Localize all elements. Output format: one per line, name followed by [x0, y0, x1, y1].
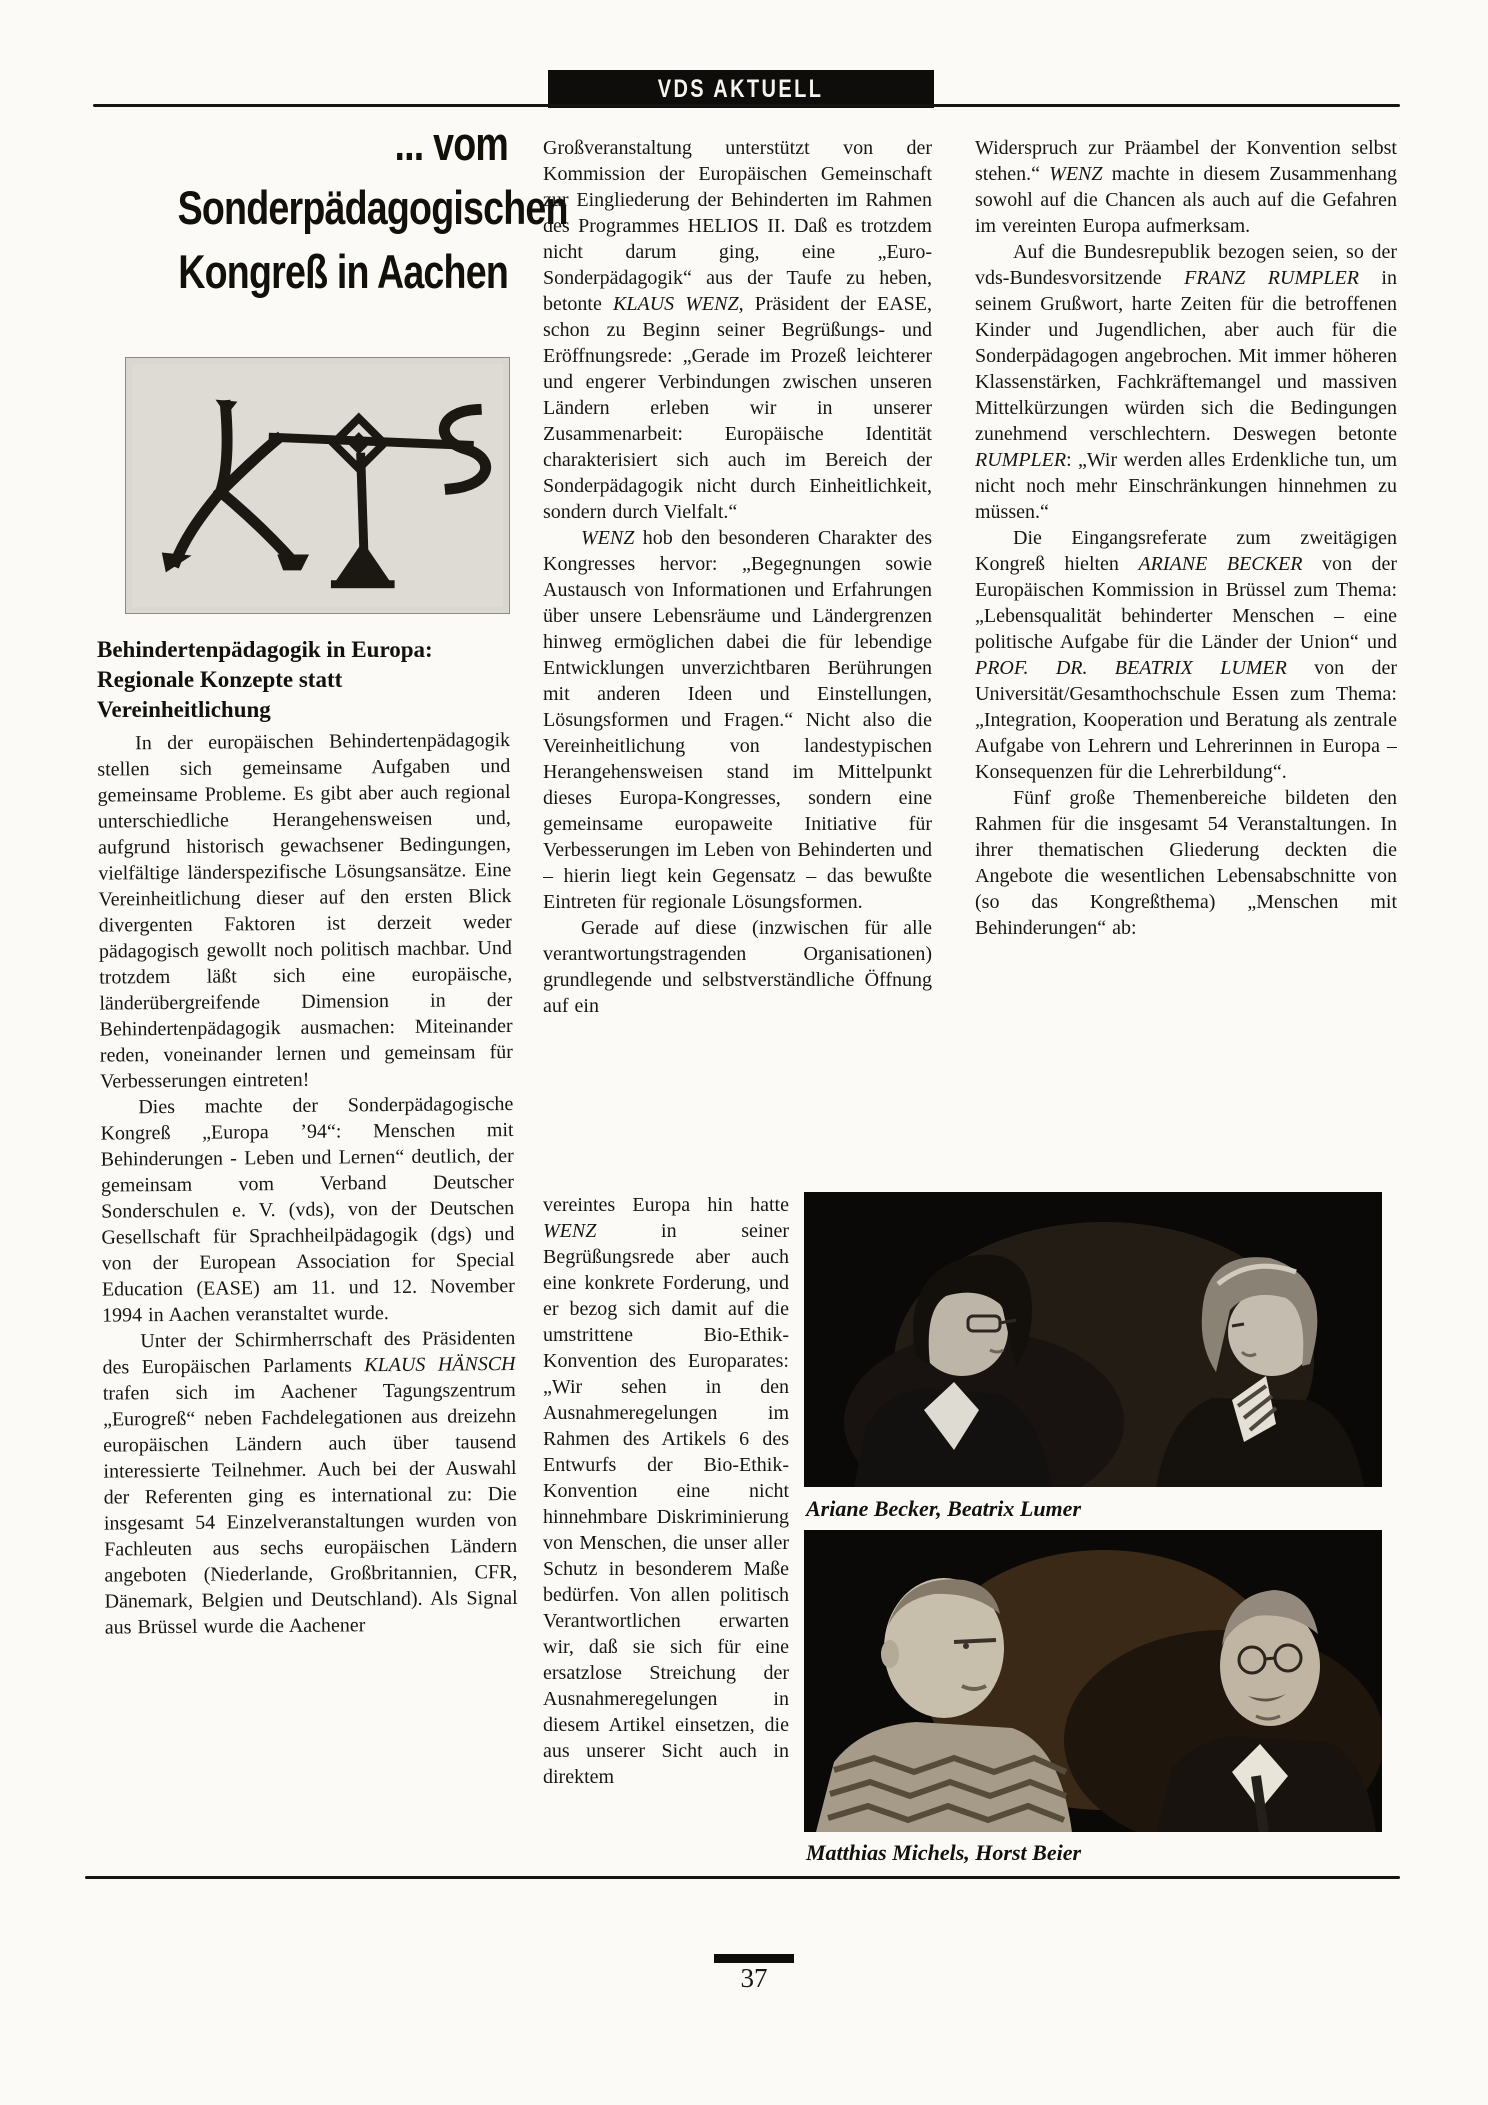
photo-1-illustration — [804, 1192, 1382, 1487]
headline-line: ... vom — [178, 112, 508, 176]
folio-bar — [714, 1954, 794, 1963]
photo-matthias-michels-horst-beier — [804, 1530, 1382, 1832]
paragraph: Die Eingangsreferate zum zweitägigen Kon… — [975, 525, 1397, 785]
paragraph: vereintes Europa hin hatte WENZ in seine… — [543, 1192, 789, 1790]
paragraph: Unter der Schirmherrschaft des Präsident… — [102, 1325, 518, 1641]
paragraph: Auf die Bundesrepublik bezogen seien, so… — [975, 239, 1397, 525]
paragraph: Gerade auf diese (inzwischen für alle ve… — [543, 915, 932, 1019]
article-headline: ... vomSonderpädagogischenKongreß in Aac… — [95, 112, 508, 304]
paragraph: In der europäischen Behindertenpädagogik… — [97, 727, 513, 1095]
paragraph: WENZ hob den besonderen Charakter des Ko… — [543, 525, 932, 915]
article-subheading: Behindertenpädagogik in Europa: Regional… — [97, 635, 515, 725]
section-banner: VDS AKTUELL — [548, 70, 934, 108]
paragraph: Dies machte der Sonderpädagogische Kongr… — [100, 1091, 515, 1329]
page-number: 37 — [694, 1963, 814, 1993]
photo-ariane-becker-beatrix-lumer — [804, 1192, 1382, 1487]
congress-logo — [125, 357, 510, 614]
paragraph: Widerspruch zur Präambel der Konvention … — [975, 135, 1397, 239]
photo-caption: Ariane Becker, Beatrix Lumer — [806, 1496, 1384, 1522]
section-banner-label: VDS AKTUELL — [658, 75, 824, 104]
congress-logo-glyph — [126, 358, 509, 613]
column-middle: Großveranstaltung unterstützt von der Ko… — [543, 135, 932, 1185]
column-middle-narrow: vereintes Europa hin hatte WENZ in seine… — [543, 1192, 789, 1864]
column-right: Widerspruch zur Präambel der Konvention … — [975, 135, 1397, 1187]
paragraph: Großveranstaltung unterstützt von der Ko… — [543, 135, 932, 525]
photo-2-illustration — [804, 1530, 1382, 1832]
magazine-page: VDS AKTUELL ... vomSonderpädagogischenKo… — [0, 0, 1488, 2105]
bottom-rule — [85, 1876, 1400, 1879]
headline-line: Sonderpädagogischen — [178, 176, 508, 240]
paragraph: Fünf große Themenbereiche bildeten den R… — [975, 785, 1397, 941]
top-rule — [93, 104, 1400, 107]
column-left: In der europäischen Behindertenpädagogik… — [97, 727, 520, 1873]
photo-caption: Matthias Michels, Horst Beier — [806, 1840, 1384, 1866]
headline-line: Kongreß in Aachen — [178, 240, 508, 304]
page-footer: 37 — [694, 1954, 814, 1993]
